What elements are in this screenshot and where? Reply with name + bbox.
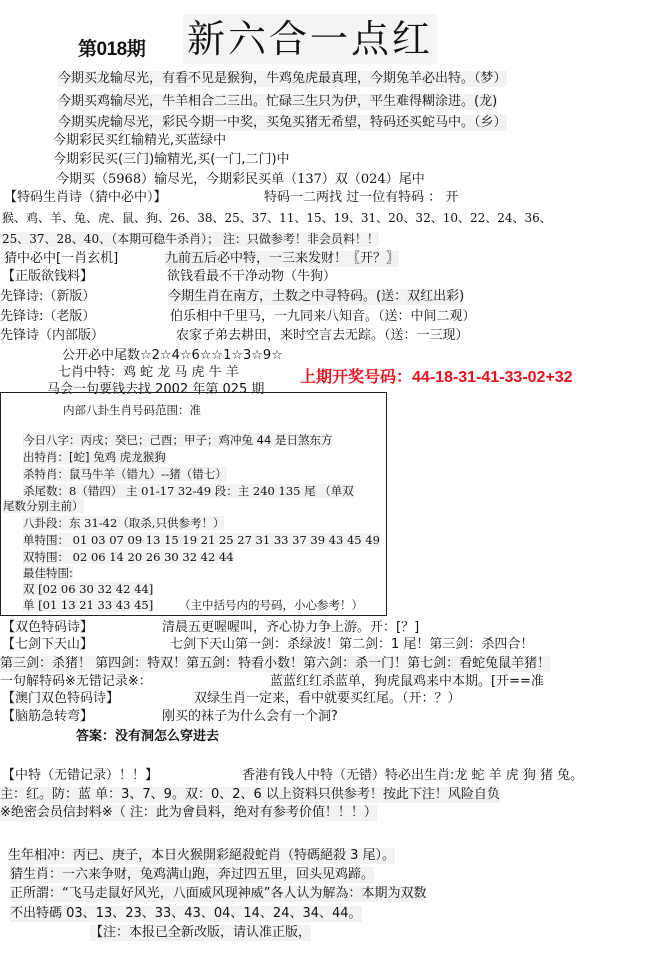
bagua-line: 双特围： 02 06 14 20 26 30 32 42 44 <box>23 550 234 564</box>
qijian-label: 【七剑下天山】 <box>2 637 93 653</box>
naojin-question: 刚买的袜子为什么会有一个洞? <box>162 709 338 725</box>
shuangse-text: 清晨五更喔喔叫，齐心协力争上游。开：[？] <box>162 620 419 636</box>
naojin-answer: 答案：没有洞怎么穿进去 <box>76 729 219 745</box>
bagua-line: 出特肖：[蛇] 兔鸡 虎龙猴狗 <box>23 450 166 464</box>
shuangse-label: 【双色特码诗】 <box>2 620 93 636</box>
zhongte-label: 【中特（无错记录）！！】 <box>2 768 158 784</box>
bagua-line: 杀尾数：8（错四） 主 01-17 32-49 段：主 240 135 尾 （单… <box>23 484 354 498</box>
bagua-note: （主中括号内的号码，小心参考！） <box>179 598 363 612</box>
bottom-line-2: 猜生肖：一六来争财，兔鸡满山跑，奔过四五里，回头见鸡蹄。 <box>10 867 374 883</box>
qijian-line2: 第三剑：杀猪！ 第四剑：特双！第五剑：特看小数！第六剑：杀一门！第七剑：看蛇兔鼠… <box>0 656 550 672</box>
intro-line-3: 今期买虎输尽光，彩民今期一中奖，买兔买猪无希望，特码还买蛇马中。（乡） <box>58 115 507 131</box>
aomen-label: 【澳门双色特码诗】 <box>2 691 119 707</box>
bottom-line-3: 正所謂：“飞马走鼠好风光，八面威风现神威”各人认为解為：本期为双数 <box>10 886 426 902</box>
bagua-box: 内部八卦生肖号码范围：准 今日八字：丙戌；癸巳；己酉；甲子；鸡冲兔 44 是日煞… <box>0 392 387 616</box>
zhongte-text: 香港有钱人中特（无错）特必出生肖:龙 蛇 羊 虎 狗 猪 兔。 <box>242 768 583 784</box>
bagua-line: 八卦段：东 31-42（取杀,只供参考！） <box>23 516 224 530</box>
zhengban-label: 【正版欲钱料】 <box>2 269 93 285</box>
bagua-line: 单 [01 13 21 33 43 45] <box>23 598 153 612</box>
xuanji-label: 猜中必中[一肖玄机] <box>4 251 118 267</box>
xianfeng-new-text: 今期生肖在南方，土数之中寻特码。(送：双红出彩) <box>168 289 464 305</box>
bagua-line: 单特围： 01 03 07 09 13 15 19 21 25 27 31 33… <box>23 533 380 547</box>
xianfeng-old-text: 伯乐相中千里马，一九同来八知音。（送：中间二观） <box>170 309 476 325</box>
poem-note-line: 25、37、28、40、（本期可稳牛杀肖）； 注：只做参考！非会员料！！ <box>2 232 379 247</box>
bottom-line-4: 不出特碼 03、13、23、33、43、04、14、24、34、44。 <box>10 906 362 922</box>
intro-line-4: 今期彩民买红输精光,买蓝绿中 <box>53 133 226 149</box>
footer-note: 【注：本报已全新改版，请认准正版， <box>90 925 311 941</box>
bagua-line: 双 [02 06 30 32 42 44] <box>23 582 153 596</box>
bottom-line-1: 生年相冲：丙已、庚子，本日火猴開彩絕殺蛇肖（特碼絕殺 3 尾）。 <box>8 848 395 864</box>
aomen-text: 双绿生肖一定来，看中就要买红尾。（开：？） <box>194 691 461 707</box>
yiju-label: 一句解特码※无错记录※： <box>0 674 152 690</box>
xuanji-text: 九前五后必中特，一三来发财！〖开？〗 <box>165 251 399 267</box>
bagua-line: 最佳特围: <box>23 566 73 580</box>
issue-number: 第018期 <box>78 34 145 61</box>
xianfeng-inner-label: 先锋诗（内部版） <box>0 328 104 344</box>
xianfeng-old-label: 先锋诗:（老版） <box>0 309 95 325</box>
intro-line-5: 今期彩民买(三门)输精光,买(一门,二门)中 <box>53 152 290 168</box>
last-draw-numbers: 44-18-31-41-33-02+32 <box>412 369 573 386</box>
zhengban-text: 欲钱看最不干净动物（牛狗） <box>167 269 336 285</box>
poem-text: 特码一二两找 过一位有特码 ： 开 <box>264 190 458 206</box>
qijian-text: 七剑下天山第一剑：杀绿波！第二剑：1 尾！第三剑：杀四合！ <box>170 637 533 653</box>
poem-label: 【特码生肖诗（猜中必中）】 <box>4 190 167 206</box>
bagua-line: 尾数分别主前） <box>3 499 84 513</box>
poem-numbers-line: 猴、鸡、羊、兔、虎、鼠、狗、26、38、25、37、11、15、19、31、20… <box>2 211 552 226</box>
last-draw: 上期开奖号码：44-18-31-41-33-02+32 <box>300 364 573 387</box>
bagua-line: 杀特肖：鼠马牛羊（错九）--猪（错七） <box>23 467 227 481</box>
seven-zodiac: 七肖中特：鸡 蛇 龙 马 虎 牛 羊 <box>58 365 239 381</box>
xianfeng-new-label: 先锋诗:（新版） <box>0 289 95 305</box>
xianfeng-inner-text: 农家子弟去耕田，来时空言去无踪。（送：一三现） <box>176 328 469 344</box>
intro-line-2: 今期买鸡输尽光，牛羊相合二三出。忙碌三生只为伊，平生难得糊涂进。(龙) <box>58 94 497 110</box>
tail-numbers: 公开必中尾数☆2☆4☆6☆☆1☆3☆9☆ <box>62 348 283 364</box>
last-draw-label: 上期开奖号码： <box>300 369 412 386</box>
naojin-label: 【脑筋急转弯】 <box>2 709 93 725</box>
zhongte-line3: ※绝密会员信封料※（ 注：此为會員料，绝对有参考价值！！！） <box>0 805 377 821</box>
page-title: 新六合一点红 <box>183 14 437 64</box>
zhongte-line2: 主：红。防：蓝 单：3、7、9。双：0、2、6 以上资料只供参考！按此下注！风险… <box>0 787 500 803</box>
bagua-line: 今日八字：丙戌；癸巳；己酉；甲子；鸡冲兔 44 是日煞东方 <box>23 433 332 447</box>
intro-line-6: 今期买（5968）输尽光，今期彩民买单（137）双（024）尾中 <box>56 172 425 188</box>
bagua-title: 内部八卦生肖号码范围：准 <box>63 403 201 417</box>
yiju-text: 蓝蓝红红杀蓝单，狗虎鼠鸡来中本期。[开==准 <box>270 674 544 690</box>
intro-line-1: 今期买龙输尽光，有看不见是猴狗，牛鸡兔虎最真理，今期兔羊必出特。（梦） <box>58 71 507 87</box>
